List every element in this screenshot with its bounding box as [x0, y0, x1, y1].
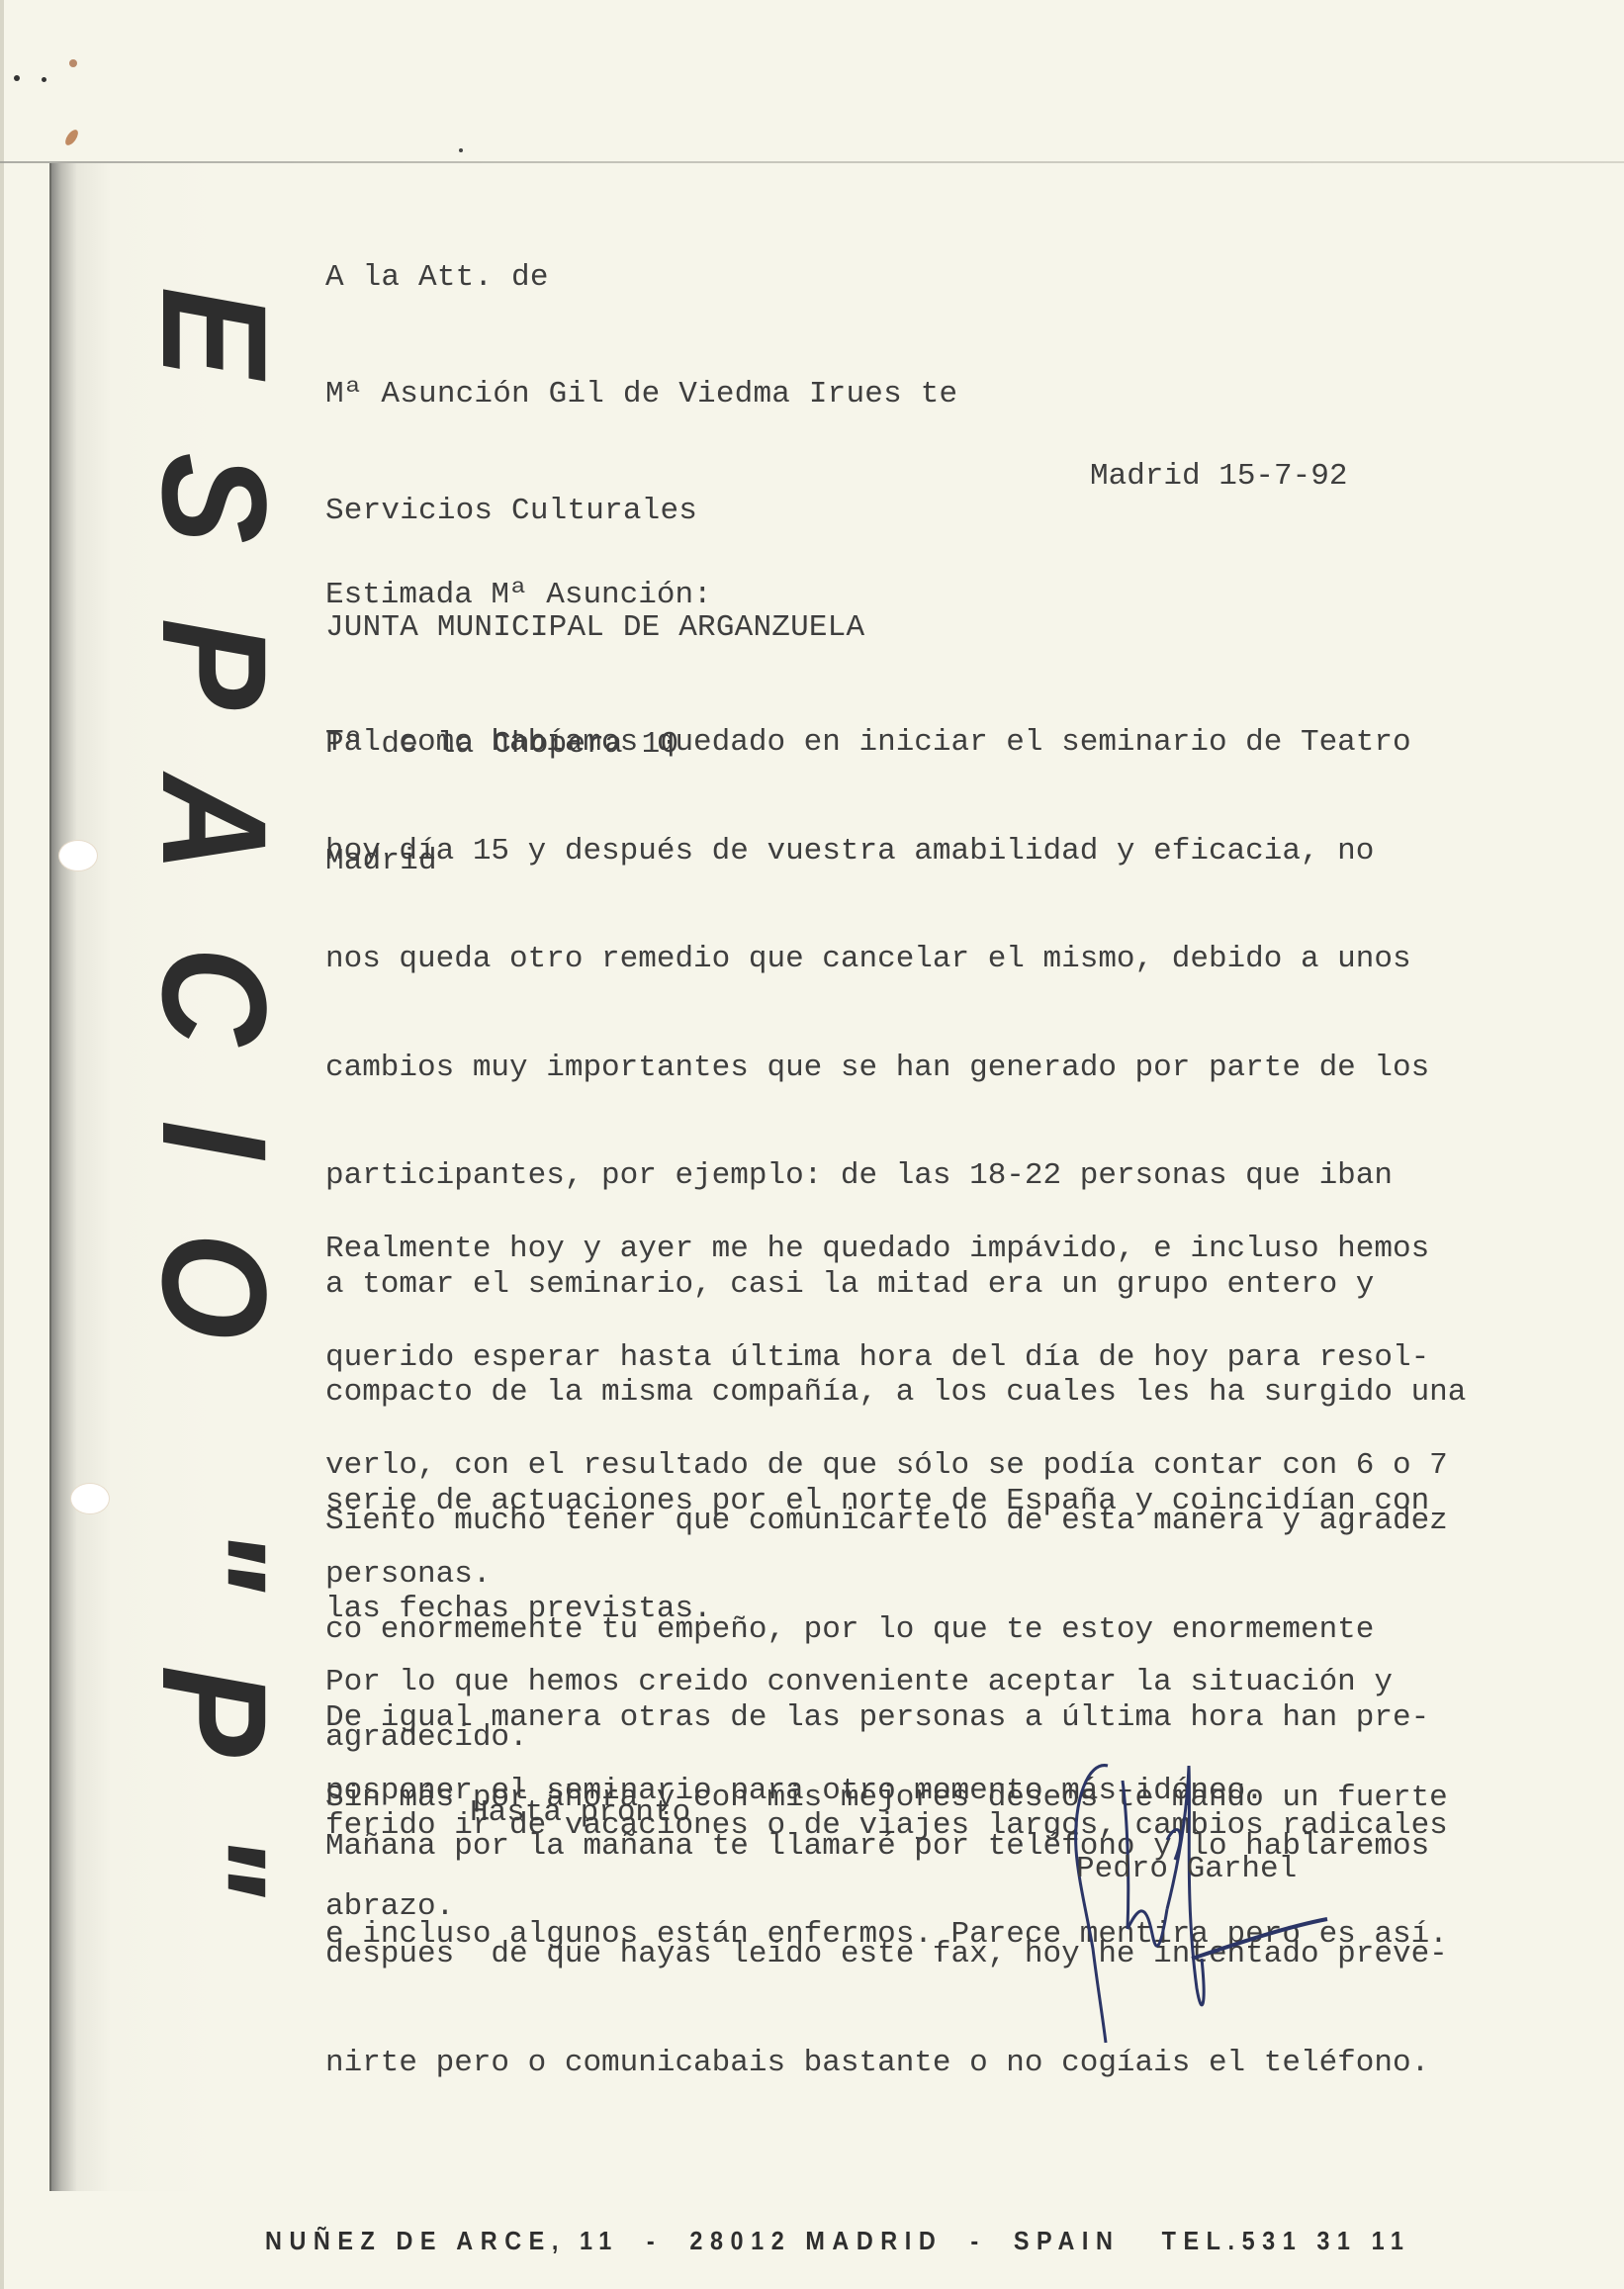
signer-name: Pedro Garhel [1076, 1852, 1297, 1886]
body-line: Tal como habíamos quedado en iniciar el … [325, 725, 1466, 765]
body-line: querido esperar hasta última hora del dí… [325, 1340, 1448, 1380]
stain-mark [63, 128, 81, 147]
salutation: Estimada Mª Asunción: [325, 578, 712, 612]
recipient-line: A la Att. de [325, 258, 1591, 297]
ink-dot [42, 77, 46, 82]
recipient-line: JUNTA MUNICIPAL DE ARGANZUELA [325, 608, 1591, 647]
letterhead-top-rule [0, 161, 1624, 163]
brand-logo-vertical: ESPACIO "P" [140, 287, 289, 2016]
body-line: Realmente hoy y ayer me he quedado impáv… [325, 1232, 1448, 1271]
body-line: cambios muy importantes que se han gener… [325, 1051, 1466, 1090]
recipient-line: Servicios Culturales [325, 492, 1591, 530]
punch-hole [71, 1484, 109, 1513]
body-line: nirte pero o comunicabais bastante o no … [325, 2046, 1448, 2085]
closing-phrase: Hasta pronto [470, 1795, 690, 1830]
ink-dot [459, 148, 463, 152]
page-edge [0, 0, 4, 2289]
body-line: nos queda otro remedio que cancelar el m… [325, 942, 1466, 981]
body-line: hoy día 15 y después de vuestra amabilid… [325, 834, 1466, 873]
ink-dot [14, 75, 20, 81]
handwritten-signature-icon [1068, 1761, 1424, 2048]
letter-date: Madrid 15-7-92 [1090, 459, 1347, 494]
recipient-line: Mª Asunción Gil de Viedma Irues te [325, 375, 1591, 413]
body-line: co enormemente tu empeño, por lo que te … [325, 1612, 1448, 1652]
punch-hole [59, 841, 97, 870]
body-line: Siento mucho tener que comunicartelo de … [325, 1504, 1448, 1543]
letterhead-footer-address: NUÑEZ DE ARCE, 11 - 28012 MADRID - SPAIN… [265, 2226, 1485, 2256]
stain-mark [69, 59, 77, 67]
